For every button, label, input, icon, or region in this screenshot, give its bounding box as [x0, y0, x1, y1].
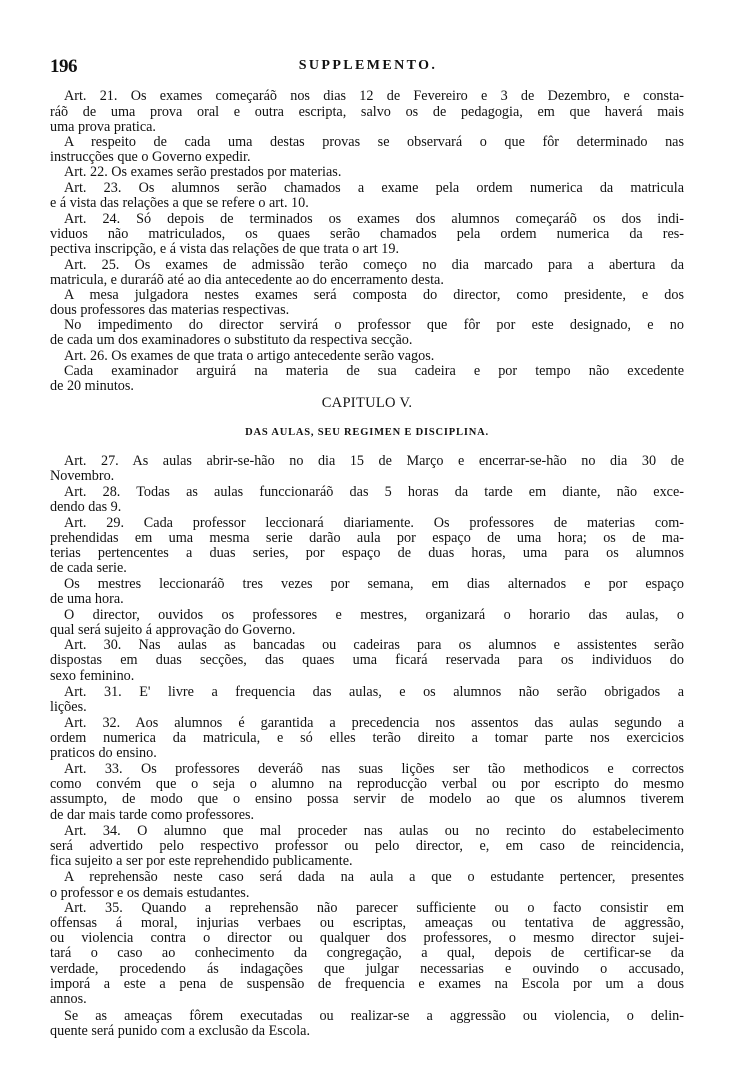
text-line: de dar mais tarde como professores.	[50, 807, 684, 823]
text-line: Novembro.	[50, 468, 684, 484]
text-line: Art. 34. O alumno que mal proceder nas a…	[50, 823, 684, 839]
text-line: e á vista das relações a que se refere o…	[50, 195, 684, 211]
text-line: viduos não matriculados, os quaes serão …	[50, 226, 684, 242]
text-line: dous professores das materias respectiva…	[50, 302, 684, 318]
text-line: praticos do ensino.	[50, 745, 684, 761]
page-header: 196 SUPPLEMENTO.	[50, 56, 686, 80]
text-line: Art. 31. E' livre a frequencia das aulas…	[50, 684, 684, 700]
text-line: de 20 minutos.	[50, 378, 684, 394]
chapter-heading: CAPITULO V. DAS AULAS, SEU REGIMEN E DIS…	[50, 395, 684, 445]
text-line: Art. 35. Quando a reprehensão não parece…	[50, 900, 684, 916]
text-line: Art. 30. Nas aulas as bancadas ou cadeir…	[50, 637, 684, 653]
text-line: O director, ouvidos os professores e mes…	[50, 607, 684, 623]
text-line: o professor e os demais estudantes.	[50, 885, 684, 901]
text-line: quente será punido com a exclusão da Esc…	[50, 1023, 684, 1039]
text-line: Art. 23. Os alumnos serão chamados a exa…	[50, 180, 684, 196]
text-line: offensas á moral, injurias verbaes ou es…	[50, 915, 684, 931]
text-line: ou violencia contra o director ou qualqu…	[50, 930, 684, 946]
text-line: Art. 32. Aos alumnos é garantida a prece…	[50, 715, 684, 731]
text-line: No impedimento do director servirá o pro…	[50, 317, 684, 333]
text-line: de cada serie.	[50, 560, 684, 576]
text-line: sexo feminino.	[50, 668, 684, 684]
text-line: terias pertencentes a duas series, por e…	[50, 545, 684, 561]
text-line: Cada examinador arguirá na materia de su…	[50, 363, 684, 379]
text-line: pectiva inscripção, e á vista das relaçõ…	[50, 241, 684, 257]
text-line: A respeito de cada uma destas provas se …	[50, 134, 684, 150]
text-line: Art. 24. Só depois de terminados os exam…	[50, 211, 684, 227]
text-line: Se as ameaças fôrem executadas ou realiz…	[50, 1008, 684, 1024]
text-line: lições.	[50, 699, 684, 715]
text-line: Art. 33. Os professores deveráõ nas suas…	[50, 761, 684, 777]
text-line: A reprehensão neste caso será dada na au…	[50, 869, 684, 885]
text-line: Art. 22. Os exames serão prestados por m…	[50, 164, 684, 180]
text-line: A mesa julgadora nestes exames será comp…	[50, 287, 684, 303]
running-title: SUPPLEMENTO.	[50, 58, 686, 74]
text-line: Art. 28. Todas as aulas funccionaráõ das…	[50, 484, 684, 500]
text-line: fica sujeito a ser por este reprehendido…	[50, 853, 684, 869]
text-line: Art. 29. Cada professor leccionará diari…	[50, 515, 684, 531]
text-line: será advertido pelo respectivo professor…	[50, 838, 684, 854]
text-line: de cada um dos examinadores o substituto…	[50, 332, 684, 348]
chapter-subtitle: DAS AULAS, SEU REGIMEN E DISCIPLINA.	[50, 427, 684, 438]
text-line: ordem numerica da matricula, e só elles …	[50, 730, 684, 746]
text-line: Art. 27. As aulas abrir-se-hão no dia 15…	[50, 453, 684, 469]
text-line: imporá a este a pena de suspensão de fre…	[50, 976, 684, 992]
text-line: instrucções que o Governo expedir.	[50, 149, 684, 165]
text-line: ráõ de uma prova oral e outra escripta, …	[50, 104, 684, 120]
text-line: qual será sujeito á approvação do Govern…	[50, 622, 684, 638]
text-line: dendo das 9.	[50, 499, 684, 515]
text-line: Art. 26. Os exames de que trata o artigo…	[50, 348, 684, 364]
document-page: 196 SUPPLEMENTO. Art. 21. Os exames come…	[0, 0, 736, 1090]
text-line: de uma hora.	[50, 591, 684, 607]
text-line: Art. 25. Os exames de admissão terão com…	[50, 257, 684, 273]
text-line: annos.	[50, 991, 684, 1007]
chapter-title: CAPITULO V.	[50, 395, 684, 412]
text-line: tará o caso ao conhecimento da congregaç…	[50, 945, 684, 961]
text-line: uma prova pratica.	[50, 119, 684, 135]
text-line: matricula, e duraráõ até ao dia antecede…	[50, 272, 684, 288]
text-line: prehendidas em uma mesma serie darão aul…	[50, 530, 684, 546]
text-line: assumpto, de modo que o ensino possa ser…	[50, 791, 684, 807]
text-line: verdade, procedendo ás indagações que ju…	[50, 961, 684, 977]
text-line: como convém que o seja o alumno na repro…	[50, 776, 684, 792]
text-line: Art. 21. Os exames começaráõ nos dias 12…	[50, 88, 684, 104]
text-line: dispostas em duas secções, das quaes uma…	[50, 652, 684, 668]
text-line: Os mestres leccionaráõ tres vezes por se…	[50, 576, 684, 592]
